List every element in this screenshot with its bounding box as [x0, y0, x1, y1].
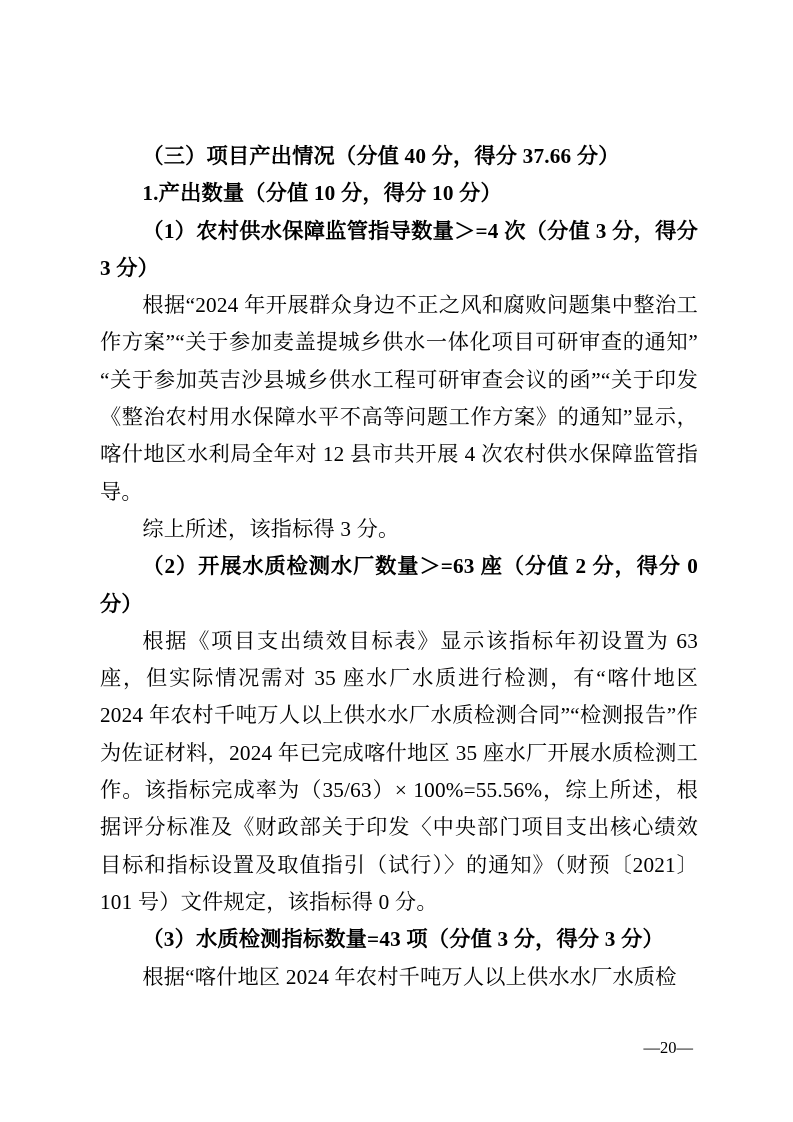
page-number: —20—	[644, 1038, 694, 1058]
heading-section-3-project-output: （三）项目产出情况（分值 40 分，得分 37.66 分）	[100, 138, 698, 175]
heading-indicator-1-supervision-count: （1）农村供水保障监管指导数量＞=4 次（分值 3 分，得分 3 分）	[100, 213, 698, 288]
paragraph-indicator-3-evidence: 根据“喀什地区 2024 年农村千吨万人以上供水水厂水质检	[100, 959, 698, 996]
heading-output-quantity: 1.产出数量（分值 10 分，得分 10 分）	[100, 175, 698, 212]
paragraph-indicator-1-conclusion: 综上所述，该指标得 3 分。	[100, 511, 698, 548]
paragraph-indicator-2-analysis: 根据《项目支出绩效目标表》显示该指标年初设置为 63 座，但实际情况需对 35 …	[100, 623, 698, 921]
document-page: （三）项目产出情况（分值 40 分，得分 37.66 分） 1.产出数量（分值 …	[0, 0, 793, 1122]
paragraph-indicator-1-evidence: 根据“2024 年开展群众身边不正之风和腐败问题集中整治工作方案”“关于参加麦盖…	[100, 287, 698, 511]
heading-indicator-3-test-items-count: （3）水质检测指标数量=43 项（分值 3 分，得分 3 分）	[100, 921, 698, 958]
document-body: （三）项目产出情况（分值 40 分，得分 37.66 分） 1.产出数量（分值 …	[100, 138, 698, 996]
heading-indicator-2-water-plant-testing: （2）开展水质检测水厂数量＞=63 座（分值 2 分，得分 0 分）	[100, 548, 698, 623]
